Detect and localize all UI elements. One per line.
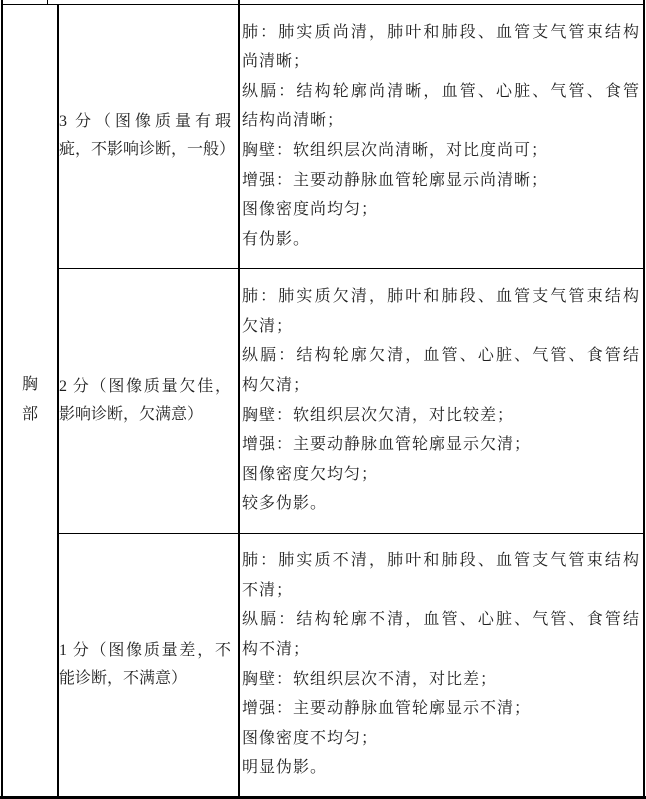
criteria-line: 纵膈：结构轮廓不清，血管、心脏、气管、食管结: [242, 605, 640, 635]
criteria-line: 明显伪影。: [242, 753, 640, 783]
score-cell-3: 3 分（图像质量有瑕 疵，不影响诊断，一般）: [59, 4, 231, 268]
score-line: 能诊断，不满意）: [59, 665, 231, 693]
score-cell-1: 1 分（图像质量差，不 能诊断，不满意）: [59, 533, 231, 796]
criteria-line: 肺：肺实质欠清，肺叶和肺段、血管支气管束结构: [242, 282, 640, 312]
table-border-right: [643, 0, 645, 799]
criteria-line: 纵膈：结构轮廓欠清，血管、心脏、气管、食管结: [242, 341, 640, 371]
criteria-line: 图像密度不均匀；: [242, 724, 640, 754]
criteria-line: 欠清；: [242, 312, 640, 342]
criteria-line: 增强：主要动静脉血管轮廓显示欠清；: [242, 430, 640, 460]
criteria-cell-3: 肺：肺实质尚清，肺叶和肺段、血管支气管束结构 尚清晰； 纵膈：结构轮廓尚清晰，血…: [242, 4, 640, 268]
criteria-line: 较多伪影。: [242, 489, 640, 519]
score-line: 影响诊断，欠满意）: [59, 401, 231, 429]
criteria-line: 不清；: [242, 576, 640, 606]
criteria-line: 构欠清；: [242, 371, 640, 401]
criteria-line: 肺：肺实质不清，肺叶和肺段、血管支气管束结构: [242, 546, 640, 576]
criteria-line: 胸壁：软组织层次尚清晰，对比度尚可；: [242, 136, 640, 166]
score-line: 3 分（图像质量有瑕: [59, 108, 231, 136]
criteria-line: 胸壁：软组织层次不清，对比差；: [242, 665, 640, 695]
score-line: 疵，不影响诊断，一般）: [59, 136, 231, 164]
criteria-line: 肺：肺实质尚清，肺叶和肺段、血管支气管束结构: [242, 18, 640, 48]
table-divider-col2: [238, 0, 240, 796]
score-line: 1 分（图像质量差，不: [59, 637, 231, 665]
criteria-line: 纵膈：结构轮廓尚清晰，血管、心脏、气管、食管: [242, 77, 640, 107]
document-page: 胸 部 3 分（图像质量有瑕 疵，不影响诊断，一般） 肺：肺实质尚清，肺叶和肺段…: [0, 0, 646, 799]
region-char: 胸: [3, 370, 57, 400]
criteria-line: 尚清晰；: [242, 47, 640, 77]
region-char: 部: [3, 400, 57, 430]
criteria-line: 增强：主要动静脉血管轮廓显示不清；: [242, 694, 640, 724]
score-cell-2: 2 分（图像质量欠佳， 影响诊断，欠满意）: [59, 268, 231, 533]
score-line: 2 分（图像质量欠佳，: [59, 373, 231, 401]
criteria-line: 胸壁：软组织层次欠清，对比较差；: [242, 401, 640, 431]
criteria-cell-2: 肺：肺实质欠清，肺叶和肺段、血管支气管束结构 欠清； 纵膈：结构轮廓欠清，血管、…: [242, 268, 640, 533]
criteria-line: 构不清；: [242, 635, 640, 665]
region-cell: 胸 部: [3, 4, 57, 796]
criteria-line: 有伪影。: [242, 225, 640, 255]
criteria-line: 图像密度欠均匀；: [242, 460, 640, 490]
criteria-line: 图像密度尚均匀；: [242, 195, 640, 225]
criteria-line: 增强：主要动静脉血管轮廓显示尚清晰；: [242, 166, 640, 196]
criteria-cell-1: 肺：肺实质不清，肺叶和肺段、血管支气管束结构 不清； 纵膈：结构轮廓不清，血管、…: [242, 533, 640, 796]
criteria-line: 结构尚清晰；: [242, 106, 640, 136]
